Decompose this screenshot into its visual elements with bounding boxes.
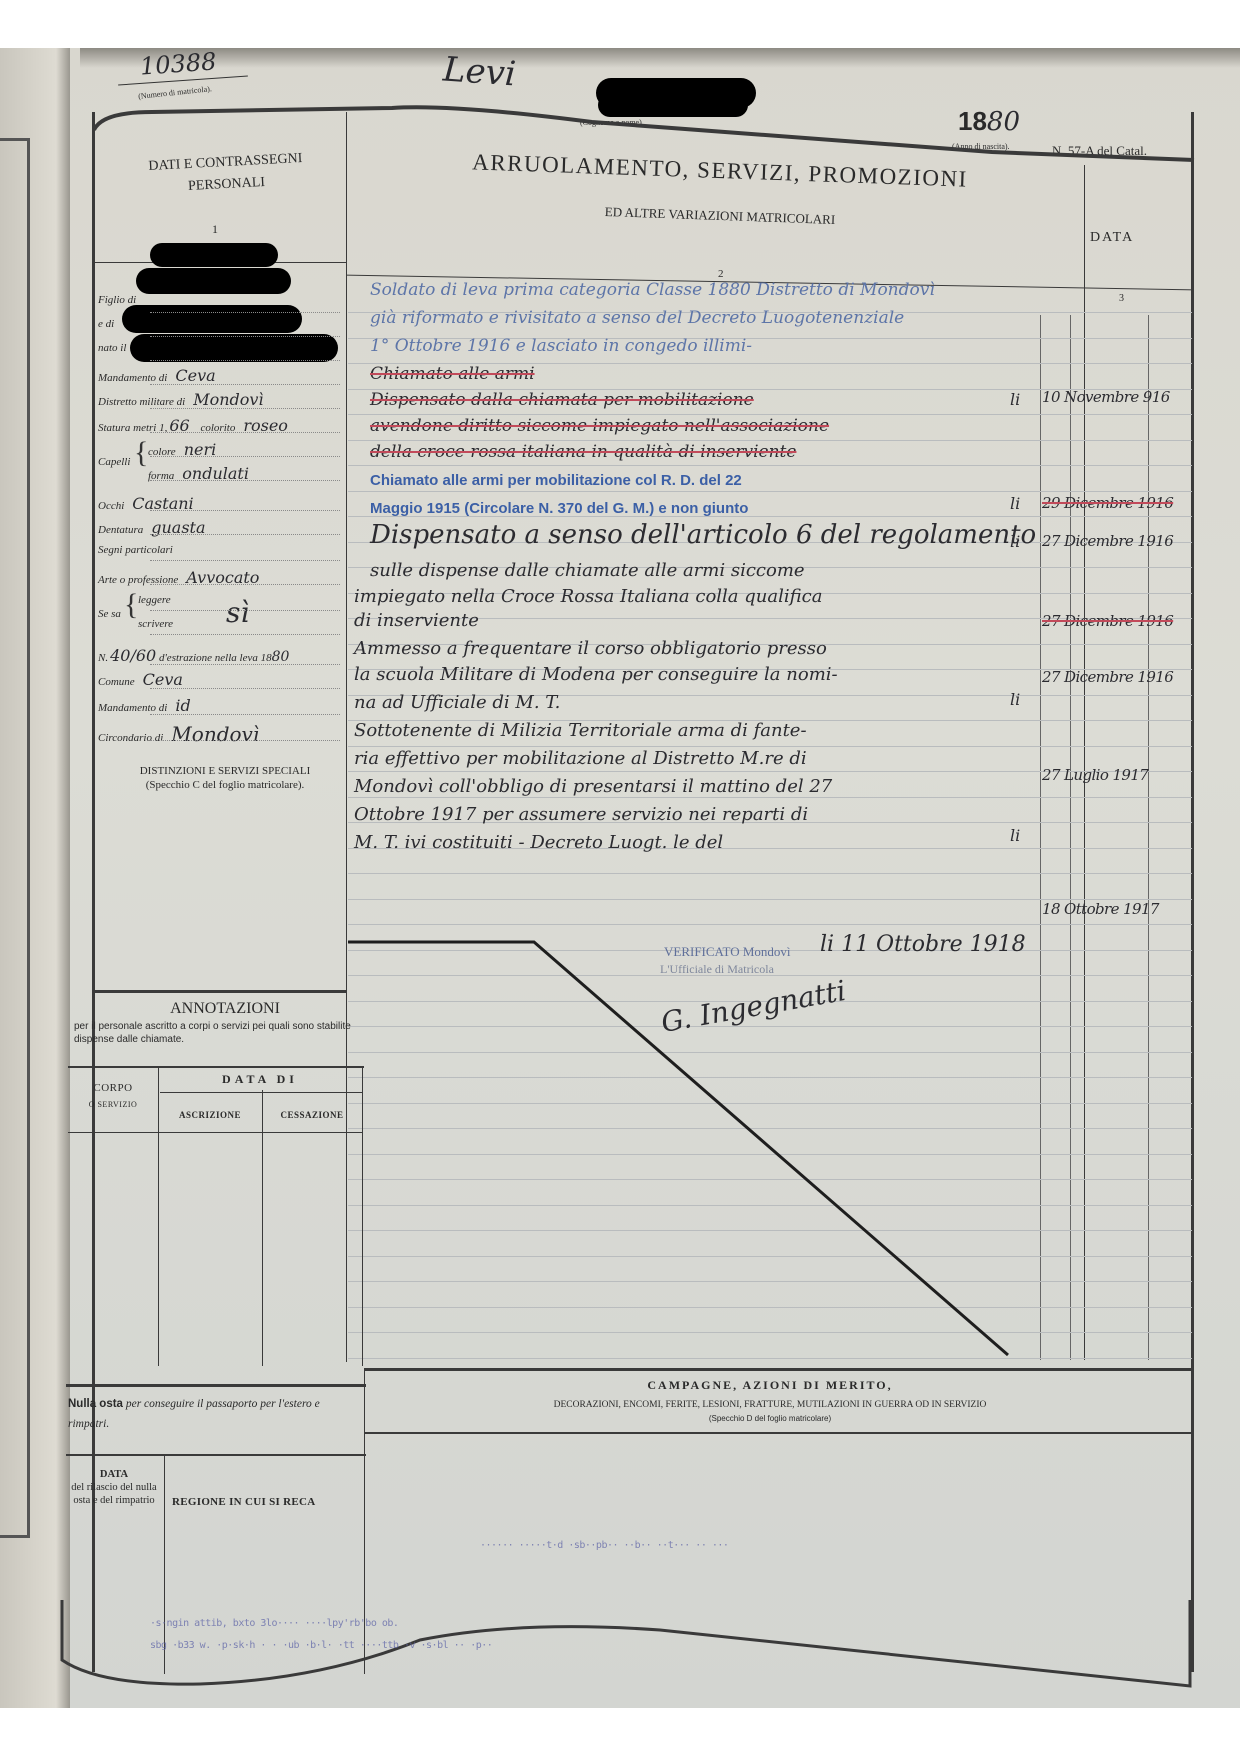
brace: { (124, 588, 138, 622)
date-subdivider (1070, 315, 1071, 1360)
service-entry: 1° Ottobre 1916 e lasciato in congedo il… (370, 336, 752, 356)
faded-bleedthrough: ·s·ngin attib, bxto 3lo···· ····lpy'rb'b… (150, 1618, 398, 1629)
redaction-bar (150, 243, 278, 267)
redaction-bar (136, 268, 291, 294)
field-nato: nato il (98, 342, 348, 354)
nulla-osta-title: Nulla osta per conseguire il passaporto … (68, 1394, 358, 1434)
field-dotted-line (150, 456, 340, 457)
annot-ascrizione-label: ASCRIZIONE (160, 1110, 260, 1120)
ruled-line (348, 414, 1192, 415)
service-entry: na ad Ufficiale di M. T. (354, 692, 560, 713)
campagne-note: (Specchio D del foglio matricolare) (390, 1414, 1150, 1423)
service-entry: la scuola Militare di Modena per consegu… (354, 664, 838, 685)
section-rule (364, 1432, 1194, 1434)
field-dotted-line (150, 534, 340, 535)
field-dotted-line (150, 584, 340, 585)
field-dotted-line (150, 510, 340, 511)
annot-corpo-label: CORPOO SERVIZIO (68, 1082, 158, 1109)
campagne-title: CAMPAGNE, AZIONI DI MERITO, (390, 1378, 1150, 1393)
field-distretto: Distretto militare diMondovì (98, 390, 348, 409)
col3-title: DATA (1090, 230, 1134, 246)
service-entry: della croce rossa italiana in qualità di… (370, 442, 796, 462)
surname: Levi (442, 50, 517, 95)
service-entry: Chiamato alle armi per mobilitazione col… (370, 472, 742, 489)
field-dotted-line (150, 432, 340, 433)
faded-bleedthrough: sbg ·b33 w. ·p·sk·h · · ·ub ·b·l· ·tt ··… (150, 1640, 492, 1651)
field-figlio: Figlio di (98, 294, 348, 306)
col2-number: 2 (718, 268, 724, 280)
field-dotted-line (150, 688, 340, 689)
faded-bleedthrough: ······ ·····t·d ·sb··pb·· ··b·· ··t··· ·… (480, 1540, 728, 1551)
col3-number: 3 (1119, 293, 1124, 304)
brace: { (134, 436, 148, 470)
field-dotted-line (150, 408, 340, 409)
annotazioni-subtitle: per il personale ascritto a corpi o serv… (74, 1020, 374, 1046)
service-entry: di inserviente (354, 610, 479, 631)
field-dotted-line (150, 714, 340, 715)
service-entry: Soldato di leva prima categoria Classe 1… (370, 280, 935, 300)
col1-number: 1 (212, 222, 218, 237)
field-dotted-line (150, 480, 340, 481)
facing-page-edge (0, 48, 70, 1708)
li-label: li (1010, 494, 1020, 513)
field-dotted-line (150, 384, 340, 385)
ruled-line (348, 491, 1192, 492)
service-entry: Ammesso a frequentare il corso obbligato… (354, 638, 827, 659)
ruled-line (348, 746, 1192, 747)
field-scrivere: scrivere (138, 618, 388, 630)
field-dotted-line (150, 740, 340, 741)
li-label: li (1010, 390, 1020, 409)
field-dotted-line (150, 360, 340, 361)
officer-label: L'Ufficiale di Matricola (660, 962, 774, 977)
nulla-osta-data-label: DATAdel rilascio del nulla osta e del ri… (66, 1468, 162, 1507)
field-dotted-line (150, 336, 340, 337)
service-entry: avendone diritto siccome impiegato nell'… (370, 416, 829, 436)
page-shadow (80, 48, 1240, 68)
service-entry: Ottobre 1917 per assumere servizio nei r… (354, 804, 808, 825)
section-rule (66, 1384, 366, 1387)
annot-row-rule (68, 1132, 362, 1133)
campagne-subtitle: DECORAZIONI, ENCOMI, FERITE, LESIONI, FR… (390, 1400, 1150, 1410)
section-rule (66, 1454, 366, 1456)
field-comune: ComuneCeva (98, 670, 348, 689)
verification-date: li 11 Ottobre 1918 (820, 932, 1026, 957)
field-circondario: Circondario diMondovì (98, 722, 348, 746)
service-entry: Mondovì coll'obbligo di presentarsi il m… (354, 776, 832, 797)
field-dotted-line (150, 560, 340, 561)
ruled-line (348, 440, 1192, 441)
annot-cessazione-label: CESSAZIONE (262, 1110, 362, 1120)
date-entry: 29 Dicembre 1916 (1042, 494, 1173, 512)
service-entry: M. T. ivi costituiti - Decreto Luogt. le… (354, 832, 723, 853)
annot-divider (158, 1066, 159, 1366)
date-entry: 27 Dicembre 1916 (1042, 532, 1173, 550)
date-entry: 27 Luglio 1917 (1042, 766, 1148, 784)
matricola-number: 10388 (139, 47, 217, 80)
column-divider (1084, 165, 1085, 1360)
service-entry: impiegato nella Croce Rossa Italiana col… (354, 586, 822, 607)
annot-data-di-label: DATA DI (160, 1072, 360, 1087)
ruled-line (348, 924, 1192, 925)
field-mandamento-2: Mandamento diid (98, 696, 348, 715)
field-mandamento: Mandamento diCeva (98, 366, 348, 385)
date-entry: 27 Dicembre 1916 (1042, 612, 1173, 630)
service-entry: Maggio 1915 (Circolare N. 370 del G. M.)… (370, 500, 748, 517)
date-subdivider (1148, 315, 1149, 1360)
date-subdivider (1040, 315, 1041, 1360)
field-segni: Segni particolari (98, 544, 348, 556)
date-entry: 27 Dicembre 1916 (1042, 668, 1173, 686)
leggere-scrivere-value: sì (226, 596, 249, 629)
service-entry: Chiamato alle armi (370, 364, 535, 384)
annot-row-rule (160, 1092, 362, 1093)
annotazioni-title: ANNOTAZIONI (100, 1000, 350, 1018)
date-entry: 10 Novembre 916 (1042, 388, 1170, 406)
field-dotted-line (150, 664, 340, 665)
li-label: li (1010, 826, 1020, 845)
service-entry: Sottotenente di Milizia Territoriale arm… (354, 720, 807, 741)
li-label: li (1010, 690, 1020, 709)
distinzioni-heading: DISTINZIONI E SERVIZI SPECIALI(Specchio … (100, 764, 350, 792)
service-entry: già riformato e rivisitato a senso del D… (370, 308, 904, 328)
service-entry: Dispensato dalla chiamata per mobilitazi… (370, 390, 754, 410)
date-entry: 18 Ottobre 1917 (1042, 900, 1159, 918)
field-dotted-line (150, 634, 340, 635)
verification-stamp: VERIFICATO Mondovì (664, 944, 791, 960)
service-entry: sulle dispense dalle chiamate alle armi … (370, 560, 805, 581)
field-e-di: e di (98, 318, 348, 330)
section-rule (364, 1368, 1194, 1371)
field-estrazione: N.40/60 d'estrazione nella leva 1880 (98, 646, 348, 665)
service-entry: ria effettivo per mobilitazione al Distr… (354, 748, 807, 769)
li-label: li (1010, 532, 1020, 551)
ruled-line (348, 465, 1192, 466)
form-bottom-border (60, 1600, 1200, 1710)
service-entry: Dispensato a senso dell'articolo 6 del r… (370, 520, 1036, 550)
field-dotted-line (150, 312, 340, 313)
ruled-line (348, 873, 1192, 874)
field-leggere: leggere (138, 594, 388, 606)
nulla-osta-region-label: REGIONE IN CUI SI RECA (172, 1496, 316, 1508)
section-rule (68, 1066, 364, 1068)
section-rule (92, 990, 346, 993)
field-dotted-line (150, 610, 340, 611)
